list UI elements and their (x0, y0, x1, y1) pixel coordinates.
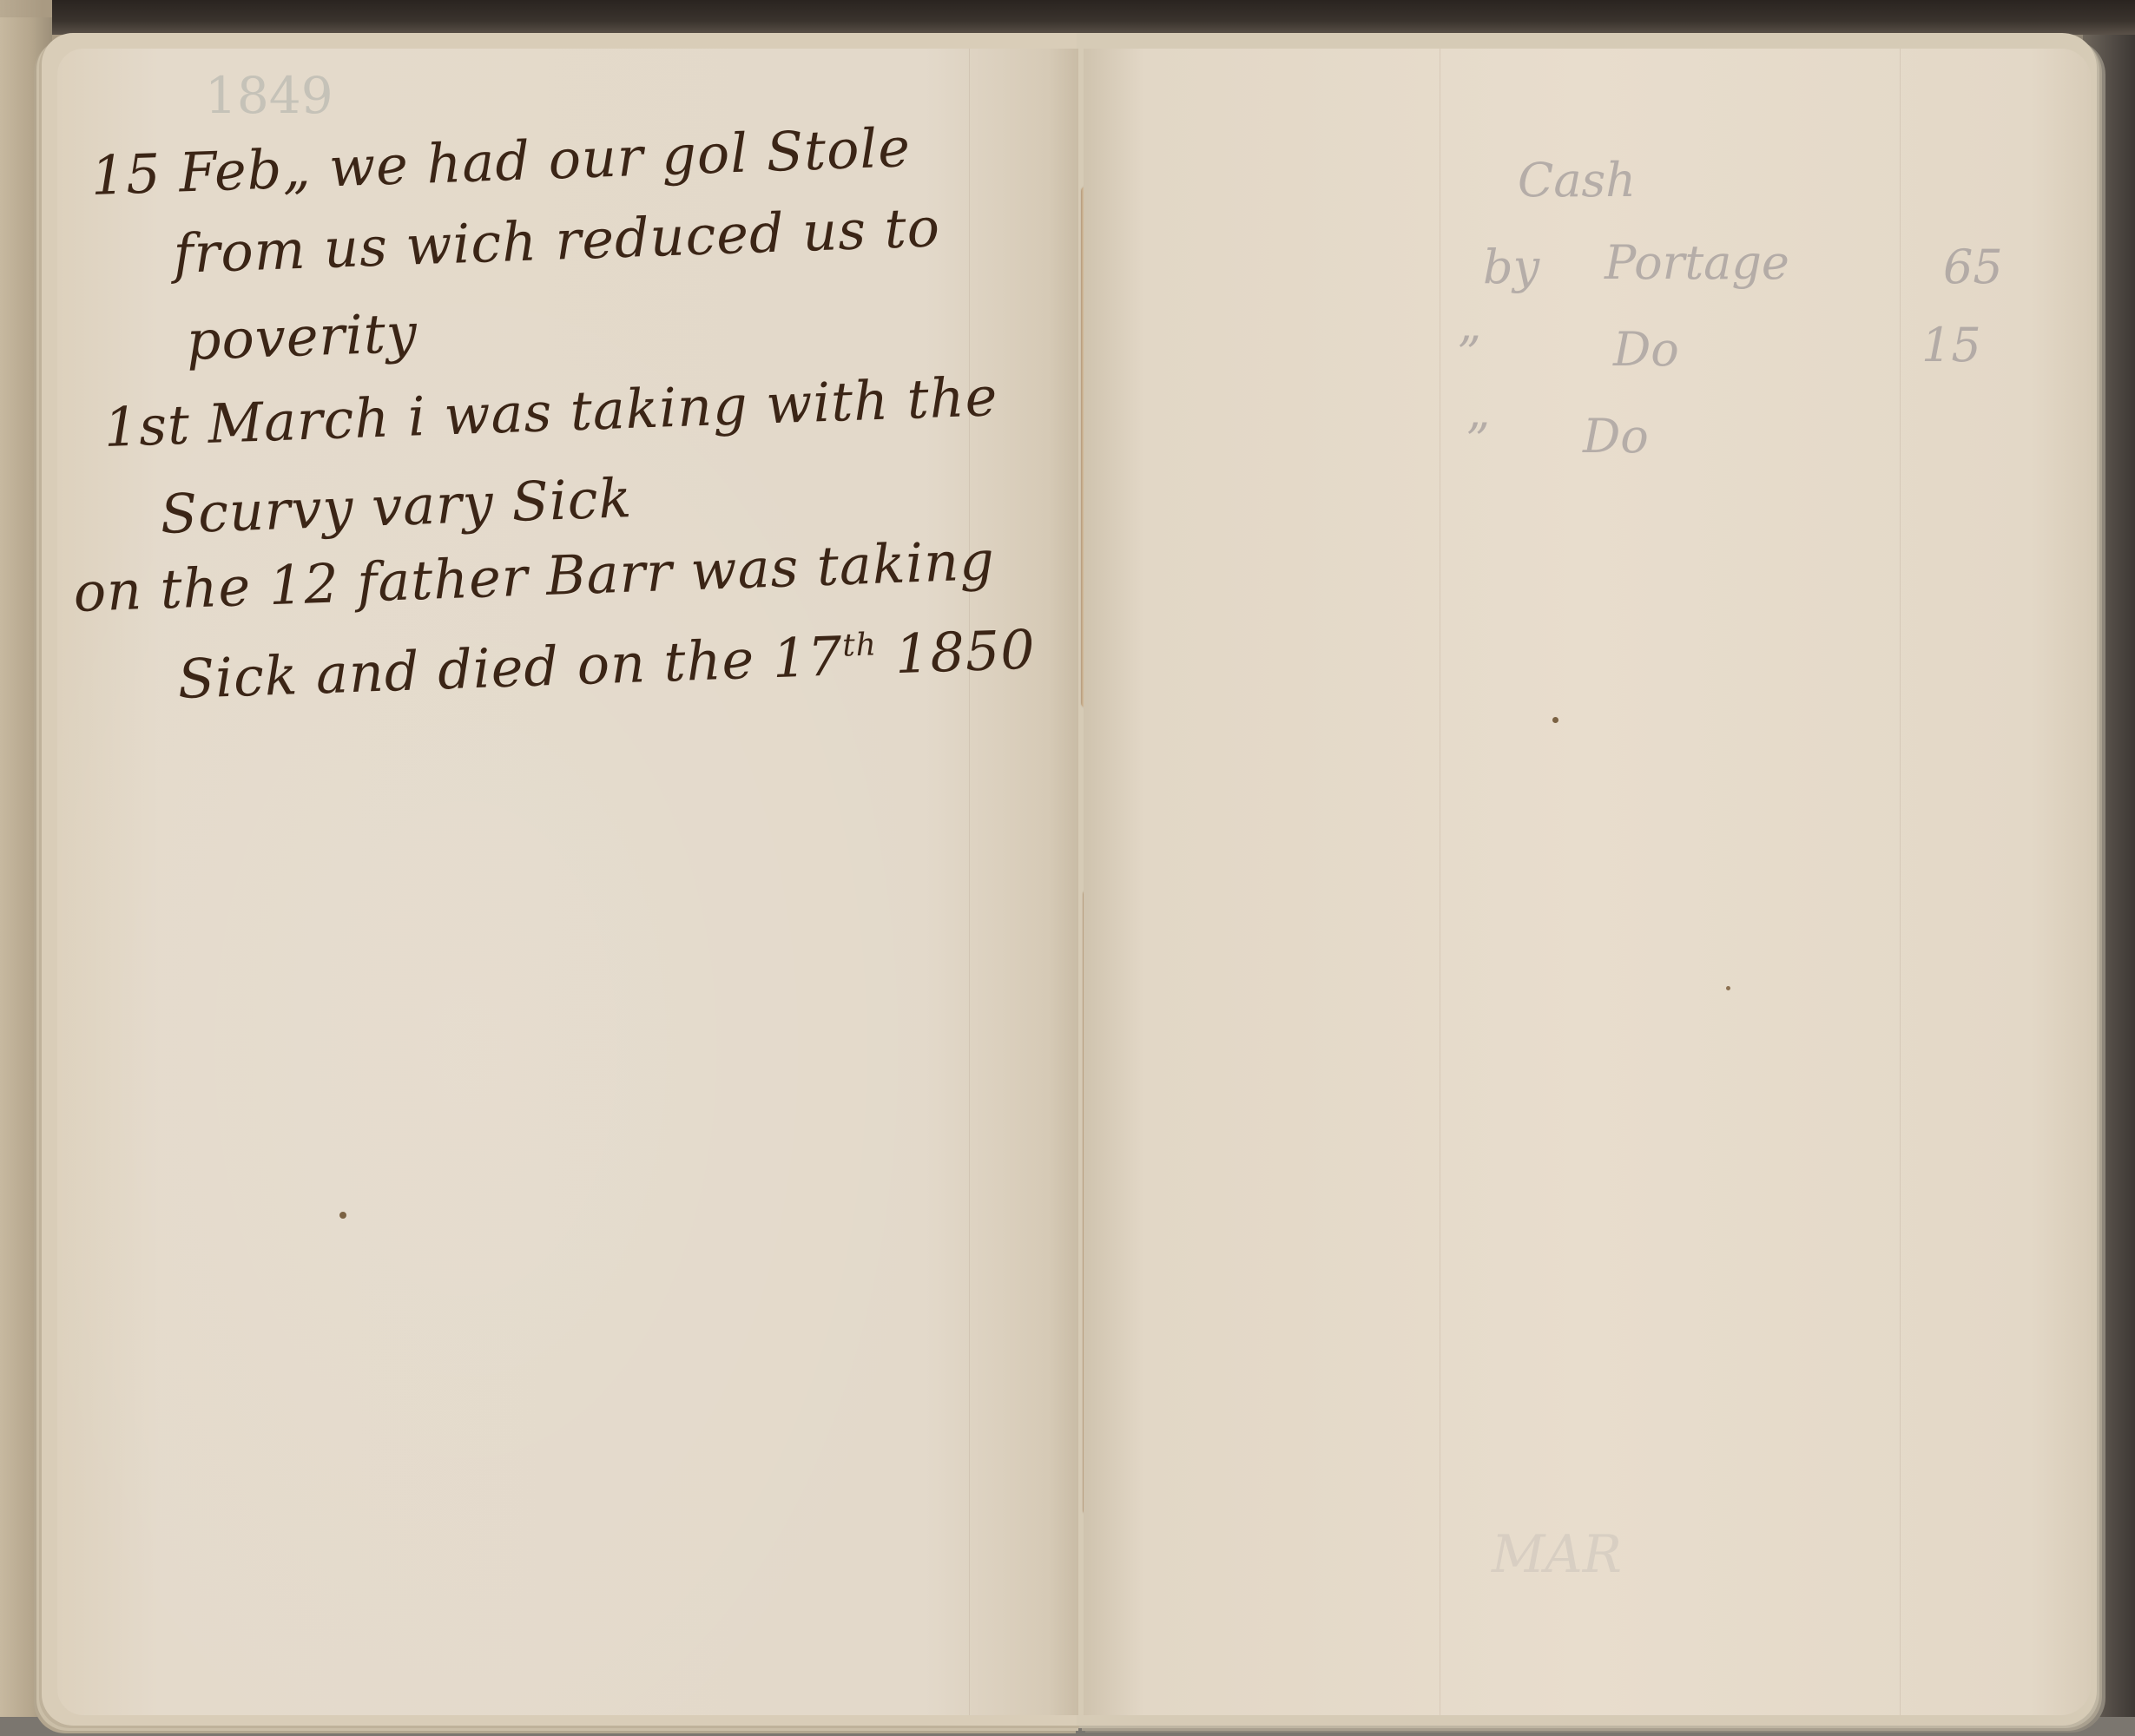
pencil-note-by: by (1483, 240, 1539, 294)
diary-line-5: Scurvy vary Sick (159, 466, 633, 546)
right-page: Cash by Portage 65 ” Do 15 ” Do MAR (1084, 49, 2091, 1715)
cover-top-edge (52, 0, 2135, 35)
pencil-note-amount-2: 15 (1921, 318, 1981, 372)
ruled-line (1440, 49, 1440, 1715)
pencil-note-do-2: Do (1583, 409, 1649, 464)
left-page: 1849 15 Feb„ we had our gol Stole from u… (57, 49, 1078, 1715)
pencil-note-ditto-2: ” (1466, 413, 1490, 468)
ruled-line (1900, 49, 1901, 1715)
notebook-photo: 1849 15 Feb„ we had our gol Stole from u… (0, 0, 2135, 1736)
diary-line-1: 15 Feb„ we had our gol Stole (89, 115, 912, 207)
faint-year-note: 1849 (205, 66, 333, 125)
pencil-note-amount-1: 65 (1943, 240, 2003, 294)
ruled-line (969, 49, 970, 1715)
diary-year: 1850 (894, 618, 1037, 687)
pencil-note-ditto-1: ” (1457, 326, 1481, 381)
ink-spot (1726, 986, 1730, 990)
diary-line-3: poverity (185, 301, 418, 372)
pencil-note-do-1: Do (1613, 322, 1679, 377)
ordinal-suffix: th (841, 627, 877, 663)
bleed-through-text: MAR (1492, 1524, 1622, 1585)
diary-line-2: from us wich reduced us to (172, 195, 941, 286)
diary-line-4: 1st March i was taking with the (102, 365, 998, 459)
diary-line-7-text: Sick and died on the 17 (176, 624, 843, 711)
pencil-note-cash: Cash (1518, 153, 1636, 207)
ink-spot (1552, 717, 1558, 723)
diary-line-7: Sick and died on the 17th 1850 (176, 618, 1036, 711)
ink-spot (339, 1212, 346, 1219)
pencil-note-portage: Portage (1605, 235, 1789, 290)
